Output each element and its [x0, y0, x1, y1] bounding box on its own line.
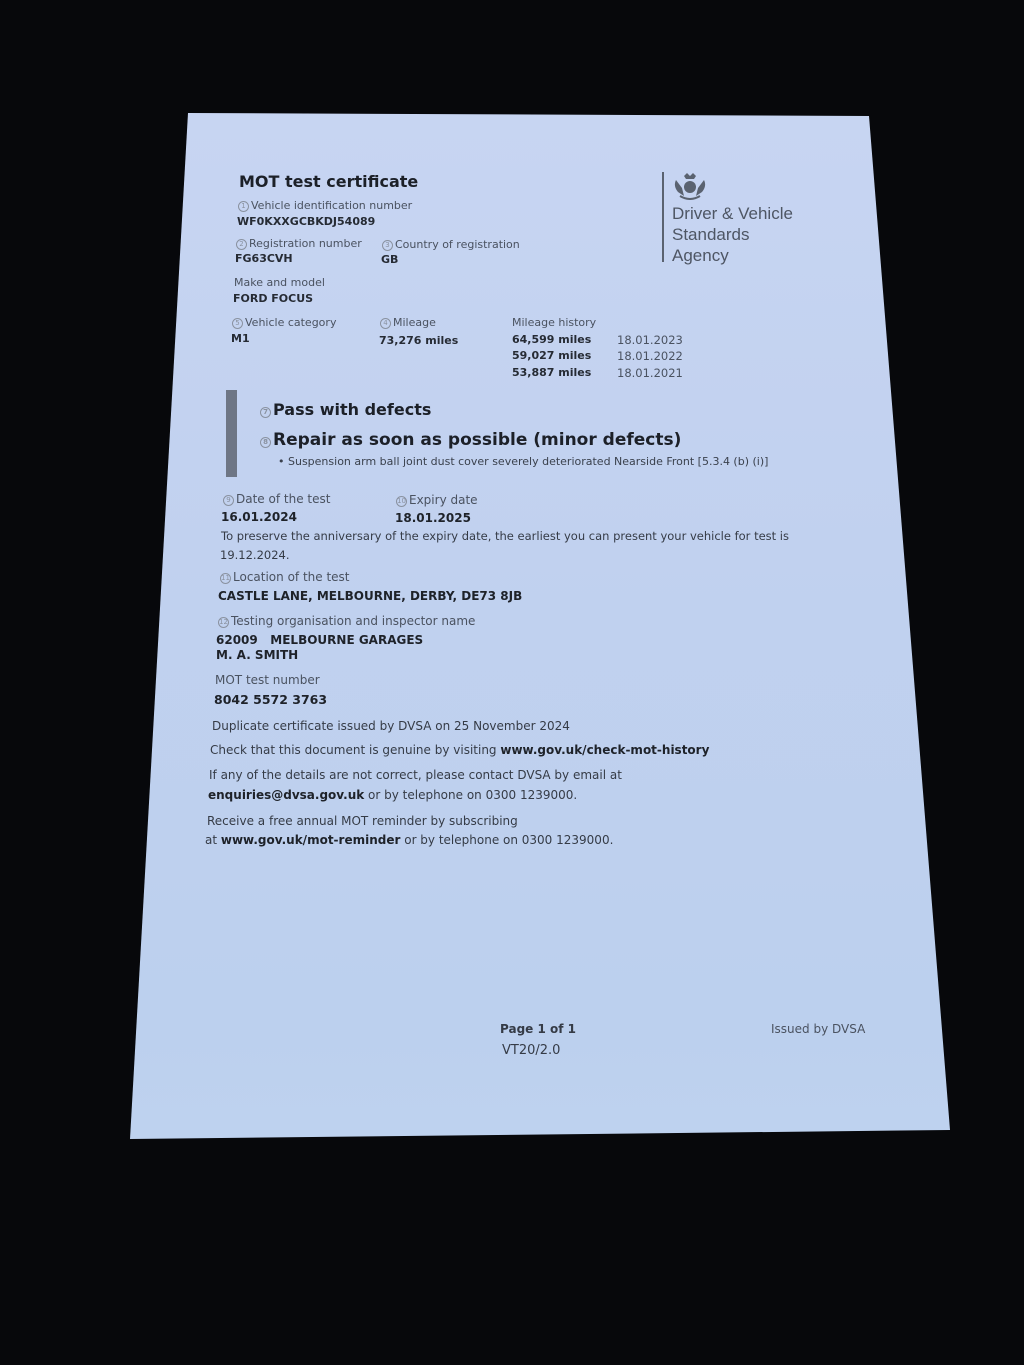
- expiry-date-value: 18.01.2025: [395, 511, 471, 525]
- vin-label: 1Vehicle identification number: [238, 199, 412, 212]
- field-number-icon: 2: [236, 239, 247, 250]
- agency-name-line: Driver & Vehicle: [672, 203, 793, 224]
- test-date-value: 16.01.2024: [221, 510, 297, 524]
- field-number-icon: 3: [382, 240, 393, 251]
- mileage-history-date: 18.01.2021: [617, 366, 683, 380]
- logo-divider: [662, 172, 664, 262]
- reminder-prefix-text: at: [205, 833, 221, 847]
- mileage-history-date: 18.01.2023: [617, 333, 683, 347]
- mileage-label: 4Mileage: [380, 316, 436, 329]
- field-number-icon: 8: [260, 437, 271, 448]
- field-number-icon: 9: [223, 495, 234, 506]
- test-date-label: 9Date of the test: [223, 492, 330, 506]
- reminder-phone-text: or by telephone on 0300 1239000.: [400, 833, 613, 847]
- testing-org-value: 62009 MELBOURNE GARAGES: [216, 633, 423, 647]
- field-number-icon: 1: [238, 201, 249, 212]
- mot-reminder-link[interactable]: www.gov.uk/mot-reminder: [221, 833, 401, 847]
- contact-details: enquiries@dvsa.gov.uk or by telephone on…: [208, 788, 577, 802]
- registration-label-text: Registration number: [249, 237, 362, 250]
- make-model-label: Make and model: [234, 276, 325, 289]
- agency-name-line: Agency: [672, 245, 793, 266]
- field-number-icon: 5: [232, 318, 243, 329]
- mileage-history-miles: 53,887 miles: [512, 366, 591, 379]
- test-date-label-text: Date of the test: [236, 492, 330, 506]
- defect-text: Suspension arm ball joint dust cover sev…: [288, 455, 768, 468]
- contact-phone-text: or by telephone on 0300 1239000.: [364, 788, 577, 802]
- result-indicator-bar: [226, 390, 237, 477]
- royal-coat-of-arms-icon: [672, 172, 708, 200]
- mileage-history-miles: 64,599 miles: [512, 333, 591, 346]
- advisory-heading: 8Repair as soon as possible (minor defec…: [260, 430, 681, 450]
- location-label: 11Location of the test: [220, 570, 350, 584]
- testing-org-label: 12Testing organisation and inspector nam…: [218, 614, 475, 628]
- check-genuine-note: Check that this document is genuine by v…: [210, 743, 709, 757]
- country-value: GB: [381, 253, 398, 266]
- defect-item: • Suspension arm ball joint dust cover s…: [278, 455, 768, 468]
- inspector-name: M. A. SMITH: [216, 648, 298, 662]
- registration-label: 2Registration number: [236, 237, 362, 250]
- test-result-status: 7Pass with defects: [260, 400, 431, 419]
- mileage-history-date: 18.01.2022: [617, 349, 683, 363]
- duplicate-note: Duplicate certificate issued by DVSA on …: [212, 719, 570, 733]
- testing-org-label-text: Testing organisation and inspector name: [231, 614, 475, 628]
- advisory-heading-text: Repair as soon as possible (minor defect…: [273, 430, 681, 450]
- anniversary-note: To preserve the anniversary of the expir…: [221, 529, 789, 543]
- test-number-value: 8042 5572 3763: [214, 692, 327, 707]
- registration-value: FG63CVH: [235, 252, 293, 265]
- mileage-history-label: Mileage history: [512, 316, 596, 329]
- vehicle-category-value: M1: [231, 332, 250, 345]
- country-label: 3Country of registration: [382, 238, 520, 251]
- location-label-text: Location of the test: [233, 570, 350, 584]
- expiry-date-label-text: Expiry date: [409, 493, 478, 507]
- field-number-icon: 7: [260, 407, 271, 418]
- mileage-value: 73,276 miles: [379, 334, 458, 347]
- location-value: CASTLE LANE, MELBOURNE, DERBY, DE73 8JB: [218, 589, 522, 603]
- mileage-label-text: Mileage: [393, 316, 436, 329]
- issued-by: Issued by DVSA: [771, 1022, 865, 1036]
- page-number: Page 1 of 1: [500, 1022, 576, 1036]
- country-label-text: Country of registration: [395, 238, 520, 251]
- field-number-icon: 10: [396, 496, 407, 507]
- field-number-icon: 12: [218, 617, 229, 628]
- expiry-date-label: 10Expiry date: [396, 493, 478, 507]
- reminder-note: Receive a free annual MOT reminder by su…: [207, 814, 518, 828]
- agency-name-line: Standards: [672, 224, 793, 245]
- mileage-history-miles: 59,027 miles: [512, 349, 591, 362]
- test-number-label: MOT test number: [215, 673, 320, 687]
- field-number-icon: 11: [220, 573, 231, 584]
- vin-label-text: Vehicle identification number: [251, 199, 412, 212]
- contact-note: If any of the details are not correct, p…: [209, 768, 622, 782]
- document-title: MOT test certificate: [239, 172, 418, 191]
- mot-certificate-paper: MOT test certificate Driver & Vehicle St…: [0, 0, 1024, 1365]
- make-model-value: FORD FOCUS: [233, 292, 313, 305]
- form-code: VT20/2.0: [502, 1043, 560, 1058]
- vehicle-category-label: 5Vehicle category: [232, 316, 336, 329]
- agency-name: Driver & Vehicle Standards Agency: [672, 203, 793, 266]
- test-result-text: Pass with defects: [273, 400, 431, 419]
- vehicle-category-label-text: Vehicle category: [245, 316, 336, 329]
- check-mot-history-link[interactable]: www.gov.uk/check-mot-history: [500, 743, 709, 757]
- check-genuine-text: Check that this document is genuine by v…: [210, 743, 500, 757]
- vin-value: WF0KXXGCBKDJ54089: [237, 215, 375, 228]
- field-number-icon: 4: [380, 318, 391, 329]
- contact-email-link[interactable]: enquiries@dvsa.gov.uk: [208, 788, 364, 802]
- earliest-test-date: 19.12.2024.: [220, 548, 290, 562]
- reminder-details: at www.gov.uk/mot-reminder or by telepho…: [205, 833, 613, 847]
